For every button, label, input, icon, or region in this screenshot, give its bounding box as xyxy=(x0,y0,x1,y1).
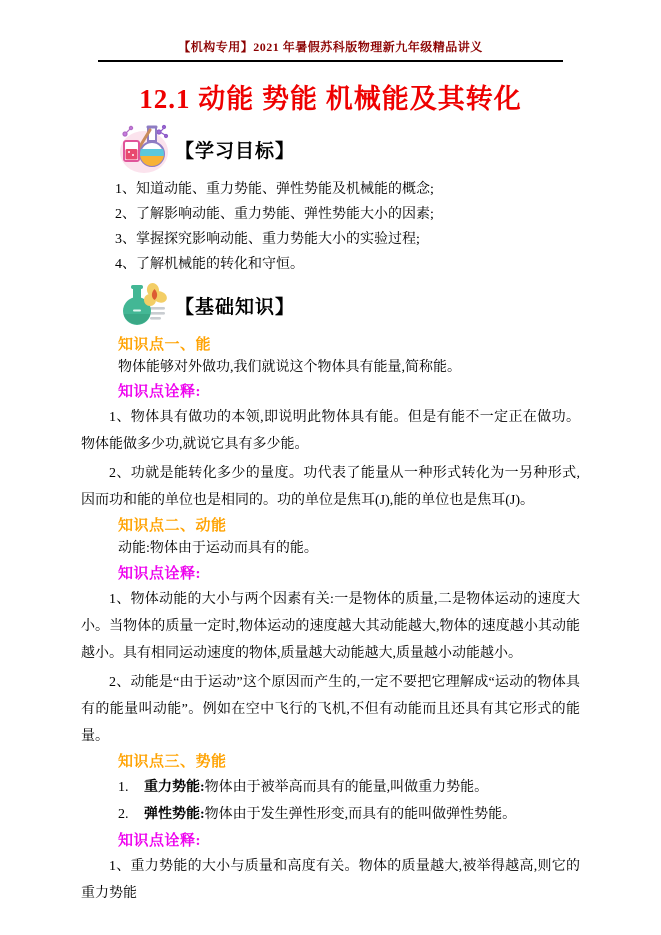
definition-text: 物体由于被举高而具有的能量,叫做重力势能。 xyxy=(205,780,489,795)
elastic-pe-definition: 2.弹性势能:物体由于发生弹性形变,而具有的能叫做弹性势能。 xyxy=(118,805,580,825)
goal-item-2: 2、了解影响动能、重力势能、弹性势能大小的因素; xyxy=(115,205,580,224)
knowledge-point-3-title: 知识点三、势能 xyxy=(118,752,580,772)
knowledge-point-1-notes-label: 知识点诠释: xyxy=(118,382,580,402)
knowledge-point-1-note-2: 2、功就是能转化多少的量度。功代表了能量从一种形式转化为一另种形式,因而功和能的… xyxy=(81,460,580,514)
definition-text: 物体由于发生弹性形变,而具有的能叫做弹性势能。 xyxy=(205,807,517,822)
goals-list: 1、知道动能、重力势能、弹性势能及机械能的概念; 2、了解影响动能、重力势能、弹… xyxy=(81,180,580,274)
goal-item-1: 1、知道动能、重力势能、弹性势能及机械能的概念; xyxy=(115,180,580,199)
knowledge-point-3-notes-label: 知识点诠释: xyxy=(118,831,580,851)
goals-heading: 【学习目标】 xyxy=(175,136,295,163)
basics-section-header: 【基础知识】 xyxy=(117,280,580,330)
page-title: 12.1 动能 势能 机械能及其转化 xyxy=(81,84,580,115)
knowledge-point-1-title: 知识点一、能 xyxy=(118,335,580,355)
knowledge-point-1-definition: 物体能够对外做功,我们就说这个物体具有能量,简称能。 xyxy=(118,358,580,377)
knowledge-point-2-title: 知识点二、动能 xyxy=(118,516,580,536)
definition-term: 重力势能: xyxy=(144,780,205,795)
definition-number: 2. xyxy=(118,805,144,825)
knowledge-point-2-note-2: 2、动能是“由于运动”这个原因而产生的,一定不要把它理解成“运动的物体具有的能量… xyxy=(81,669,580,750)
goal-item-4: 4、了解机械能的转化和守恒。 xyxy=(115,255,580,274)
knowledge-point-2-notes-label: 知识点诠释: xyxy=(118,564,580,584)
knowledge-point-2-note-1: 1、物体动能的大小与两个因素有关:一是物体的质量,二是物体运动的速度大小。当物体… xyxy=(81,586,580,667)
goal-item-3: 3、掌握探究影响动能、重力势能大小的实验过程; xyxy=(115,230,580,249)
definition-number: 1. xyxy=(118,778,144,798)
knowledge-point-1-note-1: 1、物体具有做功的本领,即说明此物体具有能。但是有能不一定正在做功。物体能做多少… xyxy=(81,404,580,458)
gravitational-pe-definition: 1.重力势能:物体由于被举高而具有的能量,叫做重力势能。 xyxy=(118,778,580,798)
definition-term: 弹性势能: xyxy=(144,807,205,822)
document-page: 【机构专用】2021 年暑假苏科版物理新九年级精品讲义 12.1 动能 势能 机… xyxy=(0,0,661,935)
page-header: 【机构专用】2021 年暑假苏科版物理新九年级精品讲义 xyxy=(81,40,580,54)
goals-section-header: 【学习目标】 xyxy=(117,124,580,174)
header-rule xyxy=(98,60,563,62)
chemistry-flasks-icon xyxy=(117,124,169,174)
knowledge-point-2-definition: 动能:物体由于运动而具有的能。 xyxy=(118,539,580,558)
basics-heading: 【基础知识】 xyxy=(175,292,295,319)
flask-flower-icon xyxy=(117,280,169,330)
knowledge-point-3-note-1: 1、重力势能的大小与质量和高度有关。物体的质量越大,被举得越高,则它的重力势能 xyxy=(81,853,580,907)
